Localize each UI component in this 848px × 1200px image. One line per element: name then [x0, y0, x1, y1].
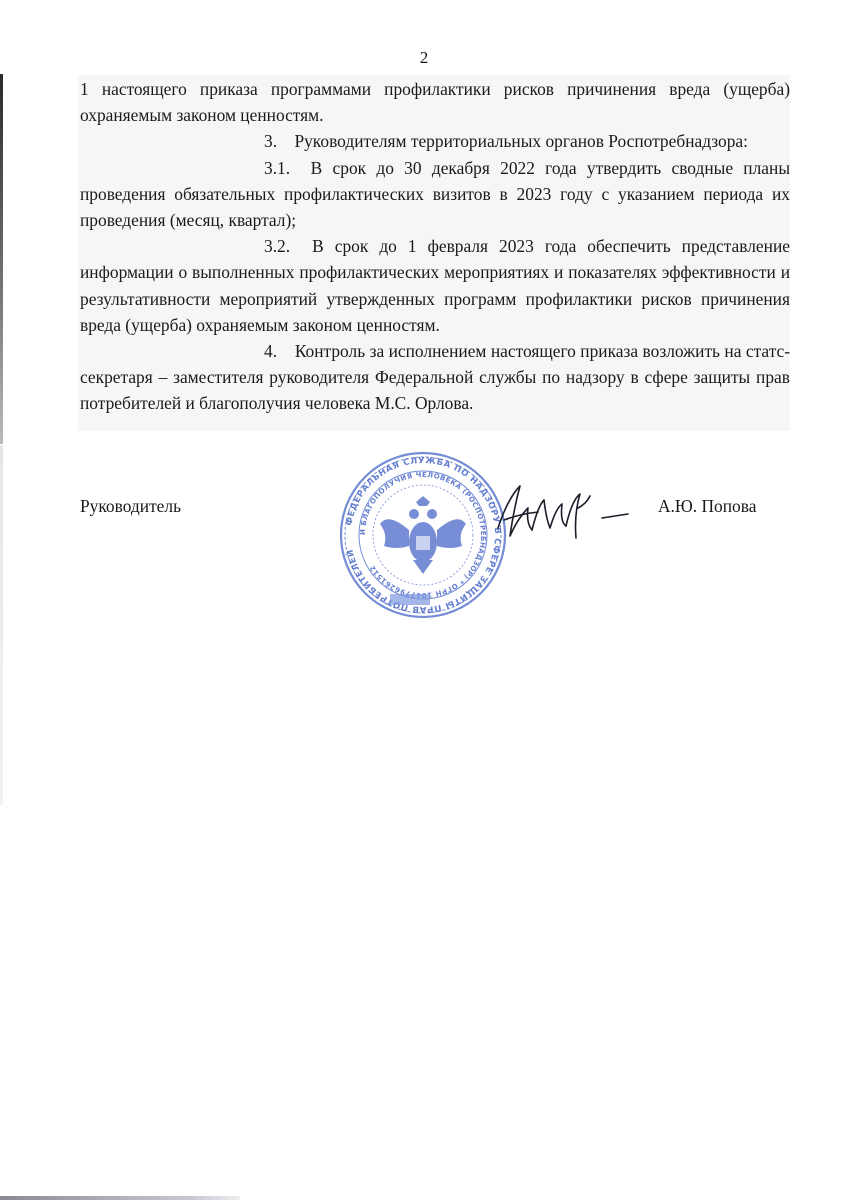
paragraph-4: 4. Контроль за исполнением настоящего пр…	[80, 338, 790, 417]
handwritten-signature-icon	[490, 478, 640, 548]
page-number: 2	[0, 48, 848, 68]
signatory-title: Руководитель	[80, 496, 181, 517]
scan-edge-left-lower	[0, 445, 3, 805]
document-body: 1 настоящего приказа программами профила…	[80, 76, 790, 417]
paragraph-number: 3.2.	[172, 233, 290, 259]
paragraph-continuation: 1 настоящего приказа программами профила…	[80, 76, 790, 128]
paragraph-text: Руководителям территориальных органов Ро…	[294, 131, 748, 151]
paragraph-number: 3.	[172, 128, 277, 154]
paragraph-text: 1 настоящего приказа программами профила…	[80, 79, 790, 125]
paragraph-3: 3. Руководителям территориальных органов…	[80, 128, 790, 154]
paragraph-3-1: 3.1. В срок до 30 декабря 2022 года утве…	[80, 155, 790, 234]
paragraph-number: 4.	[172, 338, 277, 364]
scan-edge-bottom	[0, 1196, 240, 1200]
paragraph-3-2: 3.2. В срок до 1 февраля 2023 года обесп…	[80, 233, 790, 338]
signatory-name: А.Ю. Попова	[658, 496, 756, 517]
scan-edge-left	[0, 74, 3, 444]
paragraph-number: 3.1.	[172, 155, 290, 181]
